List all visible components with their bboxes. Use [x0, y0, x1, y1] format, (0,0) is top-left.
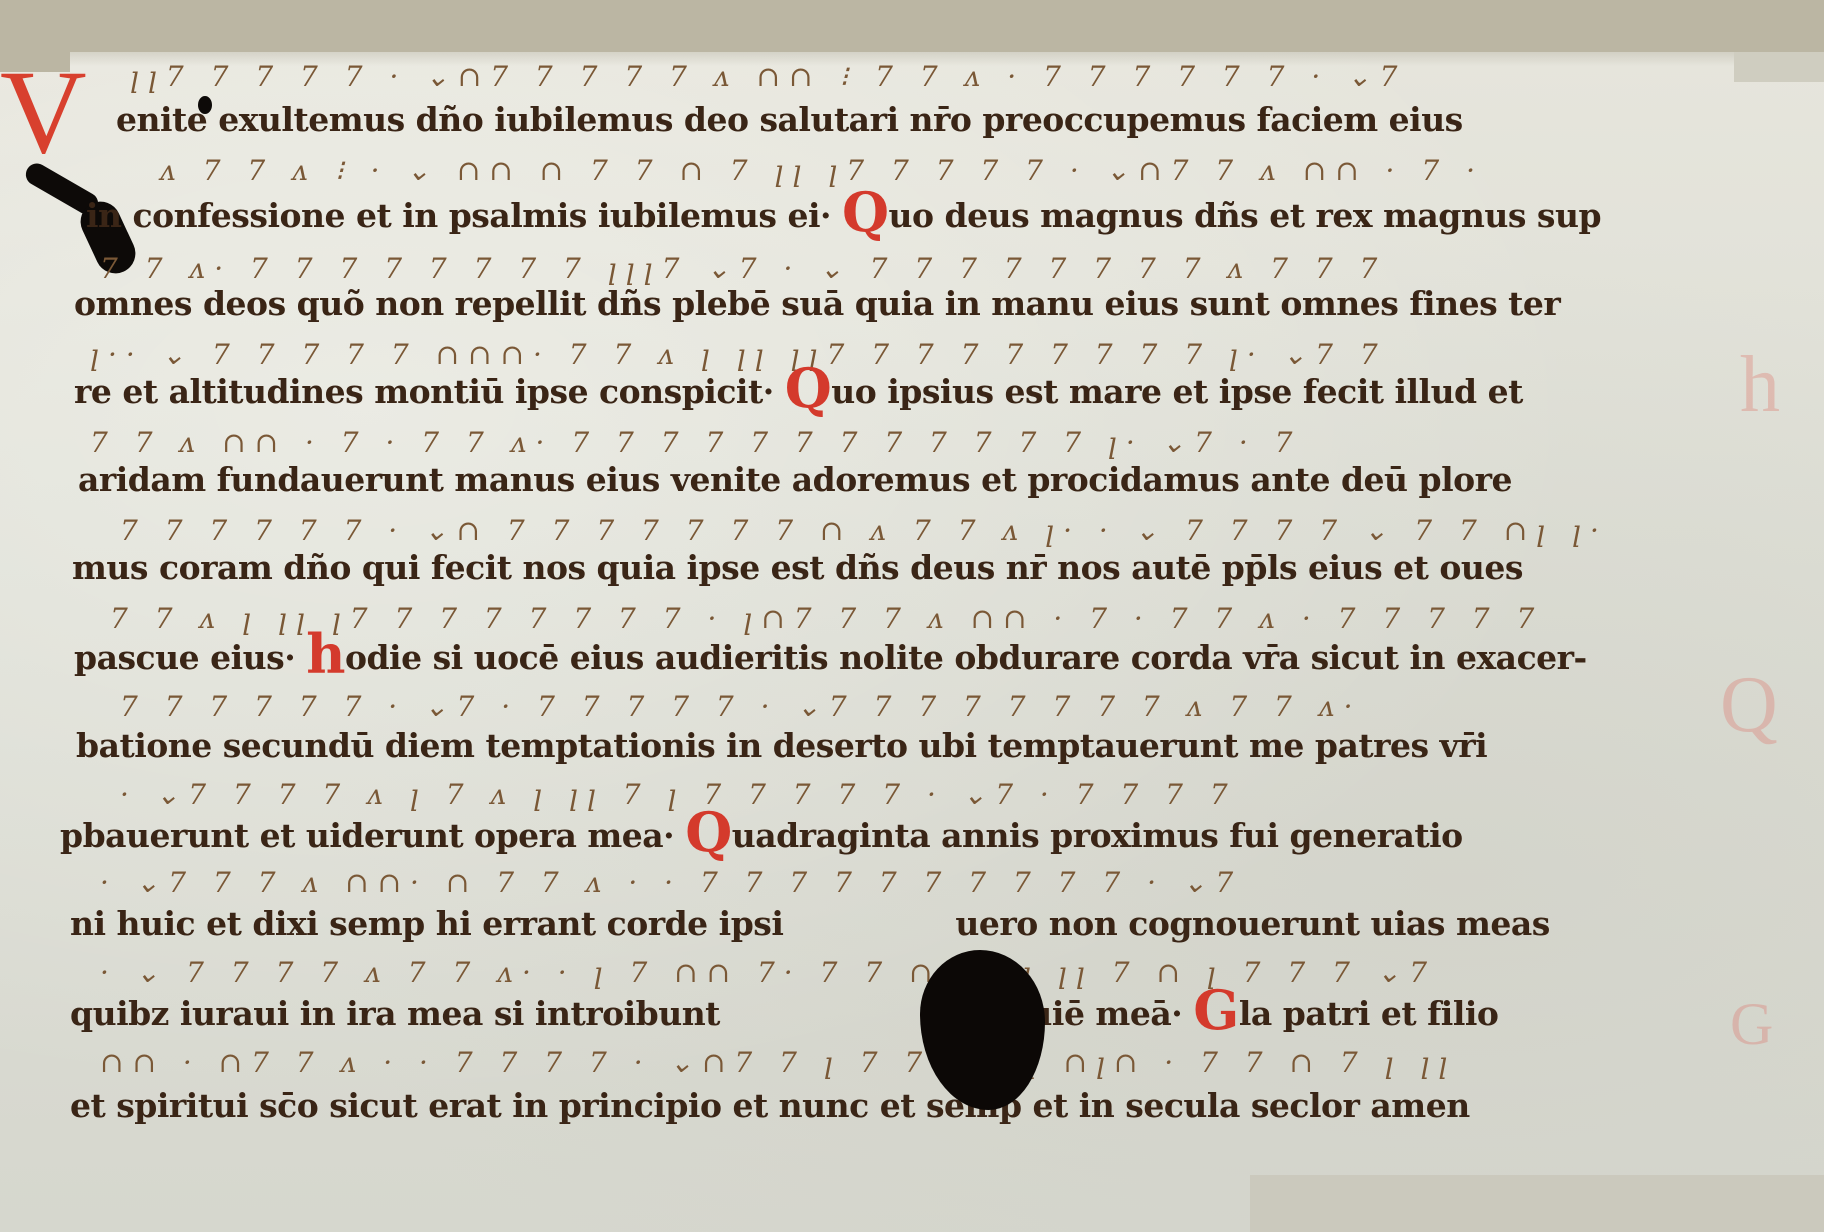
chant-line-6: 7 7 7 7 7 7 · ⌄∩ 7 7 7 7 7 7 7 ∩ ᴧ 7 7 ᴧ… — [60, 490, 1760, 576]
text-segment: uo deus magnus dñs et rex magnus sup — [889, 196, 1602, 235]
neume-row: ᴧ 7 7 ᴧ ⁝ · ⌄ ∩∩ ∩ 7 7 ∩ 7 ꞁꞁ ꞁ7 7 7 7 7… — [160, 154, 1484, 194]
neume-row: · ⌄7 7 7 ᴧ ∩∩· ∩ 7 7 ᴧ · · 7 7 7 7 7 7 7… — [100, 866, 1242, 906]
chant-line-7: 7 7 ᴧ ꞁ ꞁꞁ ꞁ7 7 7 7 7 7 7 7 · ꞁ∩7 7 7 ᴧ … — [60, 576, 1760, 662]
chant-line-11: · ⌄ 7 7 7 7 ᴧ 7 7 ᴧ· · ꞁ 7 ∩∩ 7· 7 7 ∩ 7… — [60, 920, 1760, 1006]
chant-line-4: ꞁ·· ⌄ 7 7 7 7 7 ∩∩∩· 7 7 ᴧ ꞁ ꞁꞁ ꞁꞁ7 7 7 … — [60, 318, 1760, 404]
chant-line-5: 7 7 ᴧ ∩∩ · 7 · 7 7 ᴧ· 7 7 7 7 7 7 7 7 7 … — [60, 404, 1760, 490]
text-row: enite exultemus dño iubilemus deo saluta… — [116, 100, 1463, 139]
chant-line-10: · ⌄7 7 7 ᴧ ∩∩· ∩ 7 7 ᴧ · · 7 7 7 7 7 7 7… — [60, 834, 1760, 920]
parchment-patch — [1250, 1175, 1824, 1232]
chant-line-2: ᴧ 7 7 ᴧ ⁝ · ⌄ ∩∩ ∩ 7 7 ∩ 7 ꞁꞁ ꞁ7 7 7 7 7… — [60, 146, 1760, 232]
text-row: et spiritui sc̄o sicut erat in principio… — [70, 1086, 1470, 1125]
neume-row: · ⌄7 7 7 7 ᴧ ꞁ 7 ᴧ ꞁ ꞁꞁ 7 ꞁ 7 7 7 7 7 · … — [120, 778, 1237, 818]
chant-line-9: · ⌄7 7 7 7 ᴧ ꞁ 7 ᴧ ꞁ ꞁꞁ 7 ꞁ 7 7 7 7 7 · … — [60, 748, 1760, 834]
chant-line-12: ∩∩ · ∩7 7 ᴧ · · 7 7 7 7 · ⌄∩7 7 ꞁ 7 7 ᴧ·… — [60, 1006, 1760, 1092]
neume-row: ꞁꞁ7 7 7 7 7 · ⌄∩7 7 7 7 7 ᴧ ∩∩ ⁝ 7 7 ᴧ ·… — [130, 60, 1406, 100]
chant-line-8: 7 7 7 7 7 7 · ⌄7 · 7 7 7 7 7 · ⌄7 7 7 7 … — [60, 662, 1760, 748]
neume-row: 7 7 7 7 7 7 · ⌄7 · 7 7 7 7 7 · ⌄7 7 7 7 … — [120, 690, 1362, 730]
text-row: in confessione et in psalmis iubilemus e… — [86, 196, 1601, 235]
neume-row: ∩∩ · ∩7 7 ᴧ · · 7 7 7 7 · ⌄∩7 7 ꞁ 7 7 ᴧ·… — [100, 1046, 1456, 1086]
manuscript-text-block: ꞁꞁ7 7 7 7 7 · ⌄∩7 7 7 7 7 ᴧ ∩∩ ⁝ 7 7 ᴧ ·… — [60, 60, 1760, 1092]
text-segment: in confessione et in psalmis iubilemus e… — [86, 196, 831, 235]
background-top-band — [0, 0, 1824, 58]
chant-line-3: 7 7 ᴧ· 7 7 7 7 7 7 7 7 ꞁꞁꞁ7 ⌄7 · ⌄ 7 7 7… — [60, 232, 1760, 318]
chant-line-1: ꞁꞁ7 7 7 7 7 · ⌄∩7 7 7 7 7 ᴧ ∩∩ ⁝ 7 7 ᴧ ·… — [60, 60, 1760, 146]
